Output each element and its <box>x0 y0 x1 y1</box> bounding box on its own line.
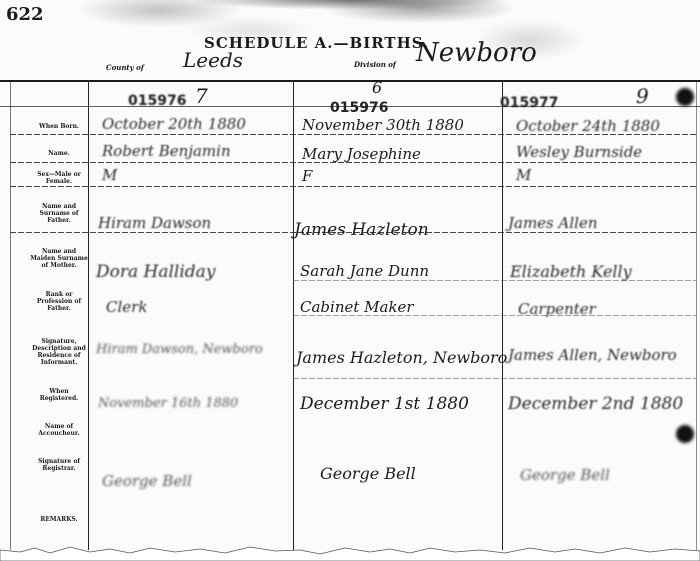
entry-3-sex: M <box>516 166 531 184</box>
row-label-registrar: Signature of Registrar. <box>30 458 88 472</box>
entry-1-informant: Hiram Dawson, Newboro <box>96 342 263 357</box>
entry-2-when-born: November 30th 1880 <box>302 116 464 134</box>
entry-2-mother: Sarah Jane Dunn <box>300 262 429 280</box>
county-label: County of <box>106 63 144 72</box>
entry-2-number: 015976 <box>330 100 388 116</box>
entry-2-when-registered: December 1st 1880 <box>300 394 469 414</box>
entry-3-father-profession: Carpenter <box>518 300 596 318</box>
entry-2-margin-mark: 6 <box>372 78 382 97</box>
entry-3-name: Wesley Burnside <box>516 143 642 161</box>
row-label-when-born: When Born. <box>30 123 88 130</box>
entry-1-father: Hiram Dawson <box>98 214 211 232</box>
row-label-informant: Signature, Description and Residence of … <box>30 338 88 366</box>
entry-3-mother: Elizabeth Kelly <box>510 262 632 281</box>
entry-3-father: James Allen <box>508 214 598 232</box>
entry-2-name: Mary Josephine <box>302 145 421 163</box>
entry-3-registrar-signature: George Bell <box>520 466 610 484</box>
row-divider <box>10 186 696 187</box>
entry-3-informant: James Allen, Newboro <box>508 346 677 364</box>
row-divider <box>293 378 696 379</box>
entry-3-number: 015977 <box>500 95 558 111</box>
entry-1-number: 015976 <box>128 93 186 109</box>
ink-blot <box>676 88 694 106</box>
entry-2-registrar-signature: George Bell <box>320 464 416 483</box>
row-label-father-profession: Rank or Profession of Father. <box>30 291 88 312</box>
entry-3-when-born: October 24th 1880 <box>516 117 660 135</box>
entry-1-margin-mark: 7 <box>195 84 208 108</box>
entry-2-informant: James Hazleton, Newboro <box>296 348 507 367</box>
row-label-sex: Sex—Male or Female. <box>30 171 88 185</box>
entry-3-margin-mark: 9 <box>636 84 649 108</box>
row-label-accoucheur: Name of Accoucheur. <box>30 423 88 437</box>
torn-edge <box>0 544 700 561</box>
row-label-father: Name and Surname of Father. <box>30 203 88 224</box>
row-label-mother: Name and Maiden Surname of Mother. <box>30 248 88 269</box>
entry-1-registrar-signature: George Bell <box>102 472 192 490</box>
right-border <box>696 80 697 550</box>
division-label: Division of <box>354 60 396 69</box>
top-border <box>0 80 700 82</box>
entry-2-sex: F <box>302 167 312 185</box>
entry-2-father: James Hazleton <box>294 220 429 240</box>
row-divider <box>293 280 696 281</box>
row-label-remarks: REMARKS. <box>30 516 88 523</box>
entry-1-father-profession: Clerk <box>106 298 147 316</box>
margin-line <box>10 80 11 550</box>
birth-register-page: 622 SCHEDULE A.—BIRTHS. County of Leeds … <box>0 0 700 561</box>
county-value: Leeds <box>183 48 243 72</box>
entry-1-name: Robert Benjamin <box>102 142 231 160</box>
entry-1-when-registered: November 16th 1880 <box>98 396 238 411</box>
page-number: 622 <box>6 4 44 25</box>
division-value: Newboro <box>416 38 537 68</box>
ink-blot <box>676 425 694 443</box>
entry-1-mother: Dora Halliday <box>96 262 215 282</box>
entry-2-father-profession: Cabinet Maker <box>300 298 414 316</box>
entry-1-when-born: October 20th 1880 <box>102 115 246 133</box>
row-label-when-registered: When Registered. <box>30 388 88 402</box>
row-label-name: Name. <box>30 150 88 157</box>
entry-1-sex: M <box>102 166 117 184</box>
label-column-border <box>88 80 89 550</box>
entry-3-when-registered: December 2nd 1880 <box>508 394 683 414</box>
